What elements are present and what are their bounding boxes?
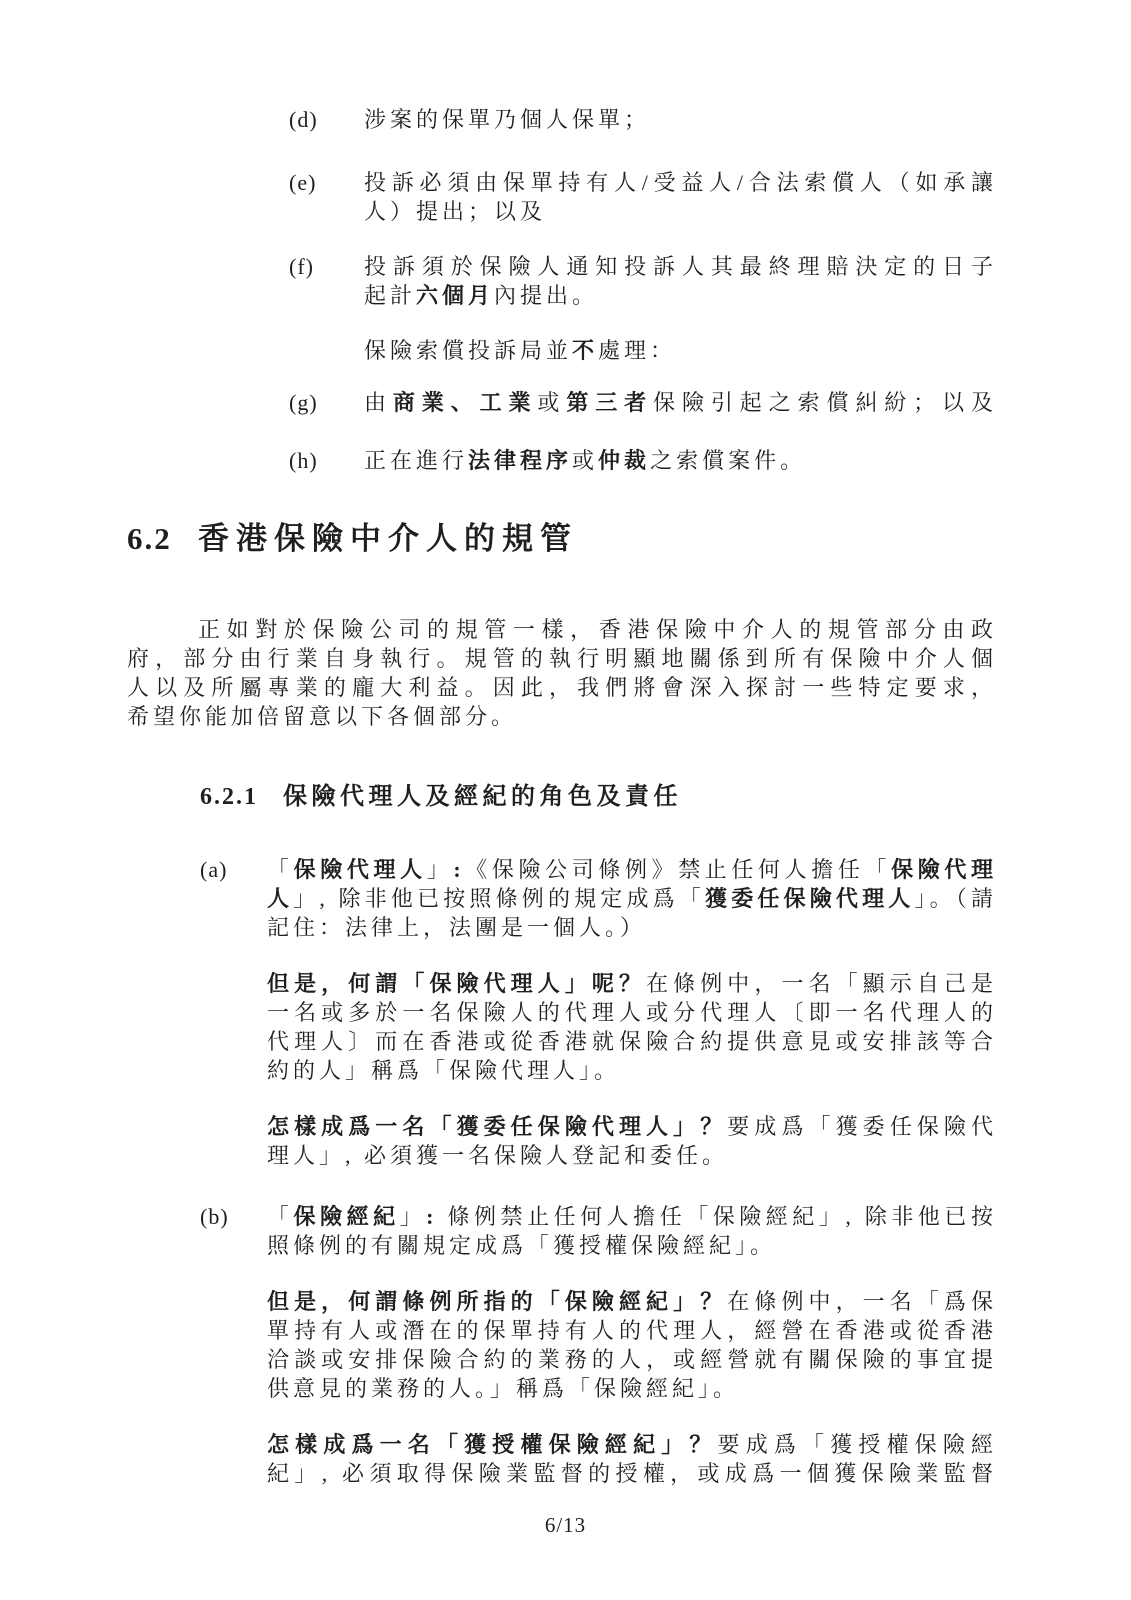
item-text: 涉案的保單乃個人保單； [364, 105, 997, 134]
page-number: 6/13 [0, 1512, 1131, 1538]
text-segment: 處理： [598, 338, 676, 363]
text-line: 洽談或安排保險合約的業務的人，或經營就有關保險的事宜提 [267, 1345, 997, 1374]
list-item-e: (e)投訴必須由保單持有人/受益人/合法索償人（如承讓人）提出；以及 [127, 168, 997, 226]
text-line: 正在進行法律程序或仲裁之索償案件。 [364, 446, 997, 475]
bold-text-segment: 法律程序 [468, 448, 572, 473]
bold-text-segment: 六個月 [416, 283, 494, 308]
text-segment: 」 [400, 1204, 427, 1229]
text-segment: 人以及所屬專業的龐大利益。因此，我們將會深入探討一些特定要求， [127, 675, 997, 700]
text-segment: 之索償案件。 [650, 448, 806, 473]
list-item-d: (d)涉案的保單乃個人保單； [127, 105, 997, 134]
text-segment: 內提出。 [494, 283, 598, 308]
text-segment: 人）提出；以及 [364, 199, 546, 224]
bold-text-segment: 但是，何謂「保險代理人」呢？ [267, 971, 646, 996]
item-text: 「保險代理人」:《保險公司條例》禁止任何人擔任「保險代理人」, 除非他已按照條例… [267, 855, 997, 1170]
text-segment: 」 [427, 857, 454, 882]
item-text: 保險索償投訴局並不處理： [364, 336, 997, 365]
section-title: 香港保險中介人的規管 [198, 518, 578, 560]
excluded-claims-list: (d)涉案的保單乃個人保單；(e)投訴必須由保單持有人/受益人/合法索償人（如承… [127, 105, 997, 475]
bold-text-segment: 人 [267, 886, 293, 911]
bold-text-segment: : [426, 1204, 437, 1229]
item-marker: (a) [200, 855, 267, 884]
text-segment: 希望你能加倍留意以下各個部分。 [127, 704, 517, 729]
text-segment: 照條例的有關規定成爲「獲授權保險經紀」。 [267, 1233, 776, 1258]
text-line: 「保險代理人」:《保險公司條例》禁止任何人擔任「保險代理 [267, 855, 997, 884]
bold-text-segment: 獲委任保險代理人 [705, 886, 914, 911]
text-line: 怎樣成爲一名「獲授權保險經紀」？要成爲「獲授權保險經 [267, 1430, 997, 1459]
text-line: 照條例的有關規定成爲「獲授權保險經紀」。 [267, 1231, 997, 1260]
text-segment: 供意見的業務的人。」稱爲「保險經紀」。 [267, 1376, 739, 1401]
subsection-title: 保險代理人及經紀的角色及責任 [283, 781, 682, 813]
text-segment: 」。（請 [914, 886, 997, 911]
text-segment: 投訴須於保險人通知投訴人其最終理賠決定的日子 [364, 254, 997, 279]
item-marker: (b) [200, 1202, 267, 1231]
text-line: 單持有人或潛在的保單持有人的代理人，經營在香港或從香港 [267, 1316, 997, 1345]
text-line: 人）提出；以及 [364, 197, 997, 226]
text-line: 投訴必須由保單持有人/受益人/合法索償人（如承讓 [364, 168, 997, 197]
item-marker: (g) [289, 388, 364, 417]
text-segment: 正在進行 [364, 448, 468, 473]
text-segment: 代理人〕而在香港或從香港就保險合約提供意見或安排該等合 [267, 1029, 997, 1054]
text-line: 起計六個月內提出。 [364, 281, 997, 310]
text-segment: 由 [364, 390, 393, 415]
text-line: 涉案的保單乃個人保單； [364, 105, 997, 134]
text-segment: 條例禁止任何人擔任「保險經紀」, 除非他已按 [437, 1204, 996, 1229]
item-text: 由商業、工業或第三者保險引起之索償糾紛；以及 [364, 388, 997, 417]
definition-item-b: (b)「保險經紀」: 條例禁止任何人擔任「保險經紀」, 除非他已按照條例的有關規… [127, 1202, 997, 1488]
subsection-heading: 6.2.1 保險代理人及經紀的角色及責任 [200, 781, 997, 813]
text-line: 供意見的業務的人。」稱爲「保險經紀」。 [267, 1374, 997, 1403]
text-line: 怎樣成爲一名「獲委任保險代理人」？要成爲「獲委任保險代 [267, 1112, 997, 1141]
section-number: 6.2 [127, 518, 198, 560]
item-text: 「保險經紀」: 條例禁止任何人擔任「保險經紀」, 除非他已按照條例的有關規定成爲… [267, 1202, 997, 1488]
text-line: 保險索償投訴局並不處理： [364, 336, 997, 365]
text-segment: 約的人」稱爲「保險代理人」。 [267, 1058, 620, 1083]
text-line: 記住：法律上，法團是一個人。） [267, 913, 997, 942]
text-segment: 起計 [364, 283, 416, 308]
text-segment: 單持有人或潛在的保單持有人的代理人，經營在香港或從香港 [267, 1318, 997, 1343]
text-segment: 保險引起之索償糾紛；以及 [653, 390, 997, 415]
text-line: 投訴須於保險人通知投訴人其最終理賠決定的日子 [364, 252, 997, 281]
text-segment: 正如對於保險公司的規管一樣，香港保險中介人的規管部分由政 [198, 617, 997, 642]
paragraph: 「保險經紀」: 條例禁止任何人擔任「保險經紀」, 除非他已按照條例的有關規定成爲… [267, 1202, 997, 1260]
list-item-f: (f)投訴須於保險人通知投訴人其最終理賠決定的日子起計六個月內提出。 [127, 252, 997, 310]
paragraph: 但是，何謂條例所指的「保險經紀」？在條例中，一名「爲保單持有人或潛在的保單持有人… [267, 1287, 997, 1403]
text-segment: 或 [572, 448, 598, 473]
text-line: 正如對於保險公司的規管一樣，香港保險中介人的規管部分由政 [127, 615, 997, 644]
text-segment: 涉案的保單乃個人保單； [364, 107, 650, 132]
text-segment: 要成爲「獲授權保險經 [718, 1432, 997, 1457]
text-line: 一名或多於一名保險人的代理人或分代理人〔即一名代理人的 [267, 998, 997, 1027]
item-marker: (e) [289, 168, 364, 197]
text-line: 但是，何謂條例所指的「保險經紀」？在條例中，一名「爲保 [267, 1287, 997, 1316]
text-line: 「保險經紀」: 條例禁止任何人擔任「保險經紀」, 除非他已按 [267, 1202, 997, 1231]
text-segment: 投訴必須由保單持有人/受益人/合法索償人（如承讓 [364, 170, 997, 195]
definition-item-a: (a)「保險代理人」:《保險公司條例》禁止任何人擔任「保險代理人」, 除非他已按… [127, 855, 997, 1170]
text-line: 但是，何謂「保險代理人」呢？在條例中，一名「顯示自己是 [267, 969, 997, 998]
bold-text-segment: 第三者 [566, 390, 653, 415]
text-line: 府，部分由行業自身執行。規管的執行明顯地關係到所有保險中介人個 [127, 644, 997, 673]
item-marker: (h) [289, 446, 364, 475]
text-segment: 」, 除非他已按照條例的規定成爲「 [293, 886, 705, 911]
text-segment: 一名或多於一名保險人的代理人或分代理人〔即一名代理人的 [267, 1000, 997, 1025]
bold-text-segment: 但是，何謂條例所指的「保險經紀」？ [267, 1289, 727, 1314]
intro-paragraph: 正如對於保險公司的規管一樣，香港保險中介人的規管部分由政府，部分由行業自身執行。… [127, 615, 997, 731]
bold-text-segment: 怎樣成爲一名「獲委任保險代理人」？ [267, 1114, 727, 1139]
text-segment: 保險索償投訴局並 [364, 338, 572, 363]
item-text: 正在進行法律程序或仲裁之索償案件。 [364, 446, 997, 475]
bold-text-segment: 怎樣成爲一名「獲授權保險經紀」？ [267, 1432, 718, 1457]
text-line: 理人」, 必須獲一名保險人登記和委任。 [267, 1141, 997, 1170]
text-segment: 府，部分由行業自身執行。規管的執行明顯地關係到所有保險中介人個 [127, 646, 997, 671]
text-line: 希望你能加倍留意以下各個部分。 [127, 702, 997, 731]
item-text: 投訴必須由保單持有人/受益人/合法索償人（如承讓人）提出；以及 [364, 168, 997, 226]
bold-text-segment: 商業、工業 [393, 390, 538, 415]
list-note: 保險索償投訴局並不處理： [127, 336, 997, 365]
list-item-h: (h)正在進行法律程序或仲裁之索償案件。 [127, 446, 997, 475]
bold-text-segment: 不 [572, 338, 598, 363]
text-segment: 「 [267, 1204, 294, 1229]
text-line: 紀」, 必須取得保險業監督的授權，或成爲一個獲保險業監督 [267, 1459, 997, 1488]
bold-text-segment: 保險經紀 [294, 1204, 400, 1229]
paragraph: 怎樣成爲一名「獲授權保險經紀」？要成爲「獲授權保險經紀」, 必須取得保險業監督的… [267, 1430, 997, 1488]
bold-text-segment: 保險代理人 [294, 857, 427, 882]
text-segment: 紀」, 必須取得保險業監督的授權，或成爲一個獲保險業監督 [267, 1461, 997, 1486]
text-segment: 洽談或安排保險合約的業務的人，或經營就有關保險的事宜提 [267, 1347, 997, 1372]
text-line: 由商業、工業或第三者保險引起之索償糾紛；以及 [364, 388, 997, 417]
list-item-g: (g)由商業、工業或第三者保險引起之索償糾紛；以及 [127, 388, 997, 417]
text-segment: 記住：法律上，法團是一個人。） [267, 915, 646, 940]
page-content: (d)涉案的保單乃個人保單；(e)投訴必須由保單持有人/受益人/合法索償人（如承… [127, 0, 997, 1488]
text-segment: 理人」, 必須獲一名保險人登記和委任。 [267, 1143, 728, 1168]
document-page: (d)涉案的保單乃個人保單；(e)投訴必須由保單持有人/受益人/合法索償人（如承… [0, 0, 1131, 1600]
text-segment: 要成爲「獲委任保險代 [727, 1114, 997, 1139]
subsection-number: 6.2.1 [200, 781, 283, 813]
text-line: 代理人〕而在香港或從香港就保險合約提供意見或安排該等合 [267, 1027, 997, 1056]
item-marker: (f) [289, 252, 364, 281]
definition-list: (a)「保險代理人」:《保險公司條例》禁止任何人擔任「保險代理人」, 除非他已按… [127, 855, 997, 1488]
text-segment: 《保險公司條例》禁止任何人擔任「 [465, 857, 891, 882]
paragraph: 但是，何謂「保險代理人」呢？在條例中，一名「顯示自己是一名或多於一名保險人的代理… [267, 969, 997, 1085]
text-line: 人以及所屬專業的龐大利益。因此，我們將會深入探討一些特定要求， [127, 673, 997, 702]
text-segment: 在條例中，一名「爲保 [727, 1289, 997, 1314]
text-line: 人」, 除非他已按照條例的規定成爲「獲委任保險代理人」。（請 [267, 884, 997, 913]
bold-text-segment: : [453, 857, 464, 882]
text-segment: 「 [267, 857, 294, 882]
item-marker: (d) [289, 105, 364, 134]
item-text: 投訴須於保險人通知投訴人其最終理賠決定的日子起計六個月內提出。 [364, 252, 997, 310]
section-heading: 6.2 香港保險中介人的規管 [127, 518, 997, 560]
bold-text-segment: 保險代理 [891, 857, 997, 882]
text-line: 約的人」稱爲「保險代理人」。 [267, 1056, 997, 1085]
bold-text-segment: 仲裁 [598, 448, 650, 473]
text-segment: 或 [537, 390, 566, 415]
paragraph: 「保險代理人」:《保險公司條例》禁止任何人擔任「保險代理人」, 除非他已按照條例… [267, 855, 997, 942]
text-segment: 在條例中，一名「顯示自己是 [646, 971, 997, 996]
paragraph: 怎樣成爲一名「獲委任保險代理人」？要成爲「獲委任保險代理人」, 必須獲一名保險人… [267, 1112, 997, 1170]
